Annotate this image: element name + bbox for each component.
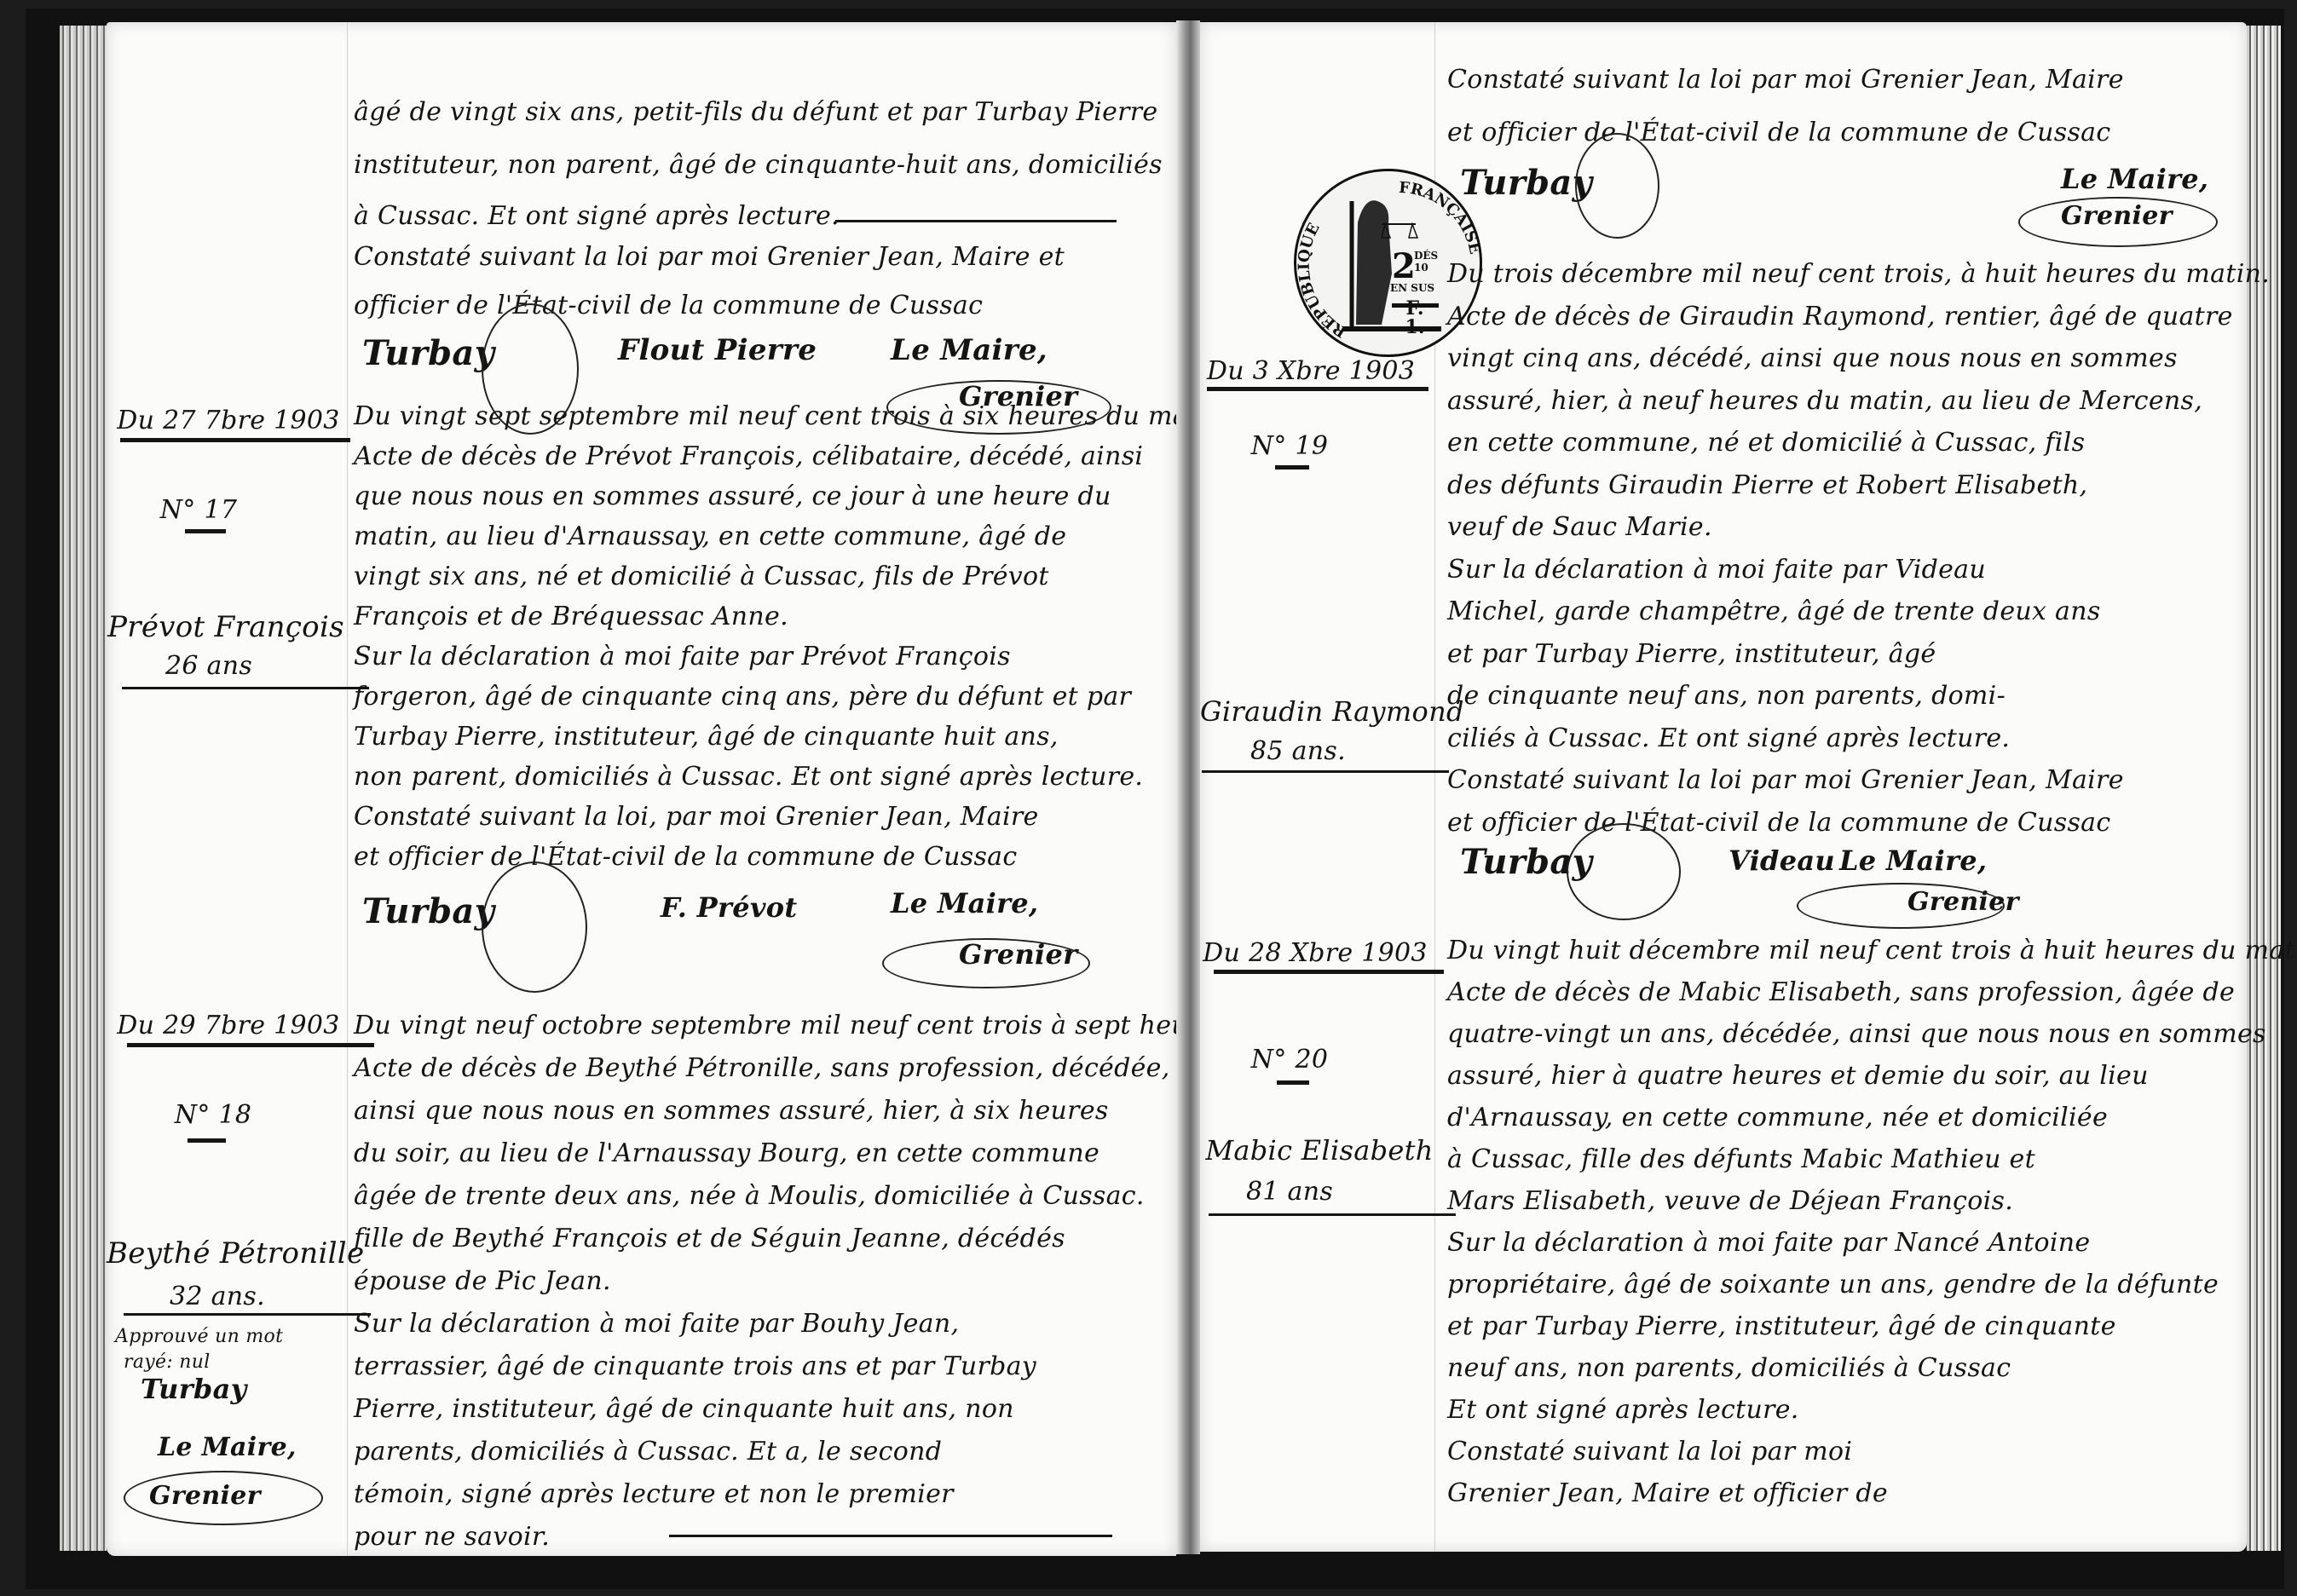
act-text-line: Acte de décès de Mabic Elisabeth, sans p… xyxy=(1447,977,2235,1007)
act-number: N° 20 xyxy=(1234,1045,1345,1075)
book-gutter xyxy=(1176,20,1200,1554)
act-text-line: d'Arnaussay, en cette commune, née et do… xyxy=(1447,1103,2108,1132)
act-text-line: non parent, domiciliés à Cussac. Et ont … xyxy=(354,762,1143,792)
deceased-age: 85 ans. xyxy=(1234,736,1362,766)
signature-turbay: Turbay xyxy=(141,1373,247,1405)
stamp-note: EN SUS xyxy=(1390,282,1434,294)
svg-text:FRANÇAISE: FRANÇAISE xyxy=(1399,179,1480,256)
act-text-line: Sur la déclaration à moi faite par Videa… xyxy=(1447,555,1986,585)
act-text-line: et officier de l'État-civil de la commun… xyxy=(354,842,1017,872)
signature-turbay: Turbay xyxy=(1460,163,1592,203)
signature-witness: Flout Pierre xyxy=(618,333,817,367)
act-text-line: Pierre, instituteur, âgé de cinquante hu… xyxy=(354,1394,1014,1424)
act-text-line: Turbay Pierre, instituteur, âgé de cinqu… xyxy=(354,722,1059,752)
continuation-line: âgé de vingt six ans, petit-fils du défu… xyxy=(354,97,1157,127)
margin-approval-note: Approuvé un mot xyxy=(115,1326,283,1347)
register-book: âgé de vingt six ans, petit-fils du défu… xyxy=(26,9,2284,1589)
act-text-line: témoin, signé après lecture et non le pr… xyxy=(354,1479,954,1509)
act-number: N° 19 xyxy=(1234,431,1345,461)
signature-declarant: F. Prévot xyxy=(661,891,797,924)
act-text-line: âgée de trente deux ans, née à Moulis, d… xyxy=(354,1181,1145,1211)
signature-maire-label: Le Maire, xyxy=(158,1432,297,1462)
act-text-line: parents, domiciliés à Cussac. Et a, le s… xyxy=(354,1437,942,1466)
act-text-line: et officier de l'État-civil de la commun… xyxy=(1447,808,2110,838)
signature-maire-label: Le Maire, xyxy=(891,333,1048,367)
act-date: Du 3 Xbre 1903 xyxy=(1200,356,1422,386)
act-text-line: et par Turbay Pierre, instituteur, âgé xyxy=(1447,639,1936,669)
constate-line: officier de l'État-civil de la commune d… xyxy=(354,291,983,320)
act-text-line: Grenier Jean, Maire et officier de xyxy=(1447,1478,1888,1508)
act-text-line: quatre-vingt un ans, décédée, ainsi que … xyxy=(1447,1019,2266,1049)
deceased-name: Prévot François xyxy=(107,610,345,644)
act-text-line: Et ont signé après lecture. xyxy=(1447,1395,1799,1425)
act-text-line: et par Turbay Pierre, instituteur, âgé d… xyxy=(1447,1311,2116,1341)
continuation-line: instituteur, non parent, âgé de cinquant… xyxy=(354,150,1163,180)
constate-line: et officier de l'État-civil de la commun… xyxy=(1447,118,2110,147)
deceased-name: Giraudin Raymond xyxy=(1200,695,1439,728)
act-text-line: assuré, hier, à neuf heures du matin, au… xyxy=(1447,386,2202,416)
act-text-line: Sur la déclaration à moi faite par Nancé… xyxy=(1447,1228,2090,1258)
act-text-line: Constaté suivant la loi par moi xyxy=(1447,1437,1852,1466)
act-text-line: vingt cinq ans, décédé, ainsi que nous n… xyxy=(1447,343,2178,373)
stamp-value: 2 xyxy=(1392,246,1416,286)
page-edges-left xyxy=(60,26,107,1551)
act-text-line: propriétaire, âgé de soixante un ans, ge… xyxy=(1447,1270,2219,1299)
act-text-line: François et de Bréquessac Anne. xyxy=(354,602,788,631)
signature-turbay: Turbay xyxy=(362,891,494,931)
signature-flourish xyxy=(1567,823,1681,920)
act-text-line: Sur la déclaration à moi faite par Bouhy… xyxy=(354,1309,959,1339)
act-text-line: Acte de décès de Prévot François, céliba… xyxy=(354,441,1143,471)
act-text-line: en cette commune, né et domicilié à Cuss… xyxy=(1447,428,2085,458)
act-text-line: du soir, au lieu de l'Arnaussay Bourg, e… xyxy=(354,1138,1099,1168)
constate-line: Constaté suivant la loi par moi Grenier … xyxy=(354,242,1065,272)
act-text-line: assuré, hier à quatre heures et demie du… xyxy=(1447,1061,2149,1091)
stamp-fraction: DÉS 10 xyxy=(1414,250,1448,274)
act-text-line: vingt six ans, né et domicilié à Cussac,… xyxy=(354,562,1049,591)
constate-line: Constaté suivant la loi par moi Grenier … xyxy=(1447,65,2124,95)
stamp-denomination: F. 1. xyxy=(1402,299,1428,337)
act-number: N° 17 xyxy=(113,495,284,525)
right-page: Constaté suivant la loi par moi Grenier … xyxy=(1200,22,2247,1552)
act-text-line: terrassier, âgé de cinquante trois ans e… xyxy=(354,1351,1036,1381)
continuation-line: à Cussac. Et ont signé après lecture. xyxy=(354,201,840,231)
act-text-line: Acte de décès de Beythé Pétronille, sans… xyxy=(354,1053,1170,1083)
act-text-line: Du trois décembre mil neuf cent trois, à… xyxy=(1447,259,2270,289)
act-text-line: Michel, garde champêtre, âgé de trente d… xyxy=(1447,596,2101,626)
deceased-name: Mabic Elisabeth xyxy=(1200,1134,1439,1167)
left-page: âgé de vingt six ans, petit-fils du défu… xyxy=(107,22,1176,1556)
act-text-line: Du vingt sept septembre mil neuf cent tr… xyxy=(354,401,1232,431)
act-text-line: épouse de Pic Jean. xyxy=(354,1266,611,1296)
signature-maire-label: Le Maire, xyxy=(2061,163,2208,195)
deceased-name: Beythé Pétronille xyxy=(107,1236,354,1270)
act-text-line: ainsi que nous nous en sommes assuré, hi… xyxy=(354,1096,1109,1126)
act-text-line: que nous nous en sommes assuré, ce jour … xyxy=(354,481,1111,511)
act-text-line: Sur la déclaration à moi faite par Prévo… xyxy=(354,642,1011,671)
margin-rule xyxy=(347,22,348,1556)
signature-flourish xyxy=(882,938,1090,988)
deceased-age: 26 ans xyxy=(124,651,294,681)
act-text-line: des défunts Giraudin Pierre et Robert El… xyxy=(1447,470,2087,500)
act-text-line: veuf de Sauc Marie. xyxy=(1447,512,1712,542)
act-text-line: pour ne savoir. xyxy=(354,1522,550,1552)
svg-text:RÉPUBLIQUE: RÉPUBLIQUE xyxy=(1296,220,1350,340)
act-text-line: fille de Beythé François et de Séguin Je… xyxy=(354,1224,1065,1253)
signature-maire-label: Le Maire, xyxy=(1839,844,1987,877)
act-number: N° 18 xyxy=(149,1100,277,1130)
signature-flourish xyxy=(1797,883,2005,929)
act-date: Du 29 7bre 1903 xyxy=(113,1011,343,1040)
act-text-line: de cinquante neuf ans, non parents, domi… xyxy=(1447,681,2006,711)
act-text-line: ciliés à Cussac. Et ont signé après lect… xyxy=(1447,723,2010,753)
signature-turbay: Turbay xyxy=(362,333,494,373)
act-text-line: forgeron, âgé de cinquante cinq ans, pèr… xyxy=(354,682,1131,712)
signature-flourish xyxy=(1575,133,1659,239)
signature-videau: Videau xyxy=(1729,844,1835,877)
act-text-line: matin, au lieu d'Arnaussay, en cette com… xyxy=(354,521,1066,551)
page-edges-right xyxy=(2247,26,2281,1551)
margin-approval-note: rayé: nul xyxy=(124,1351,211,1373)
signature-flourish xyxy=(482,861,587,993)
act-text-line: à Cussac, fille des défunts Mabic Mathie… xyxy=(1447,1144,2035,1174)
signature-flourish xyxy=(124,1471,323,1525)
deceased-age: 81 ans xyxy=(1226,1177,1353,1207)
signature-flourish xyxy=(2018,197,2218,247)
act-text-line: Constaté suivant la loi, par moi Grenier… xyxy=(354,802,1039,832)
signature-maire-label: Le Maire, xyxy=(891,887,1038,919)
act-text-line: neuf ans, non parents, domiciliés à Cuss… xyxy=(1447,1353,2011,1383)
act-text-line: Acte de décès de Giraudin Raymond, renti… xyxy=(1447,302,2233,331)
deceased-age: 32 ans. xyxy=(141,1282,294,1311)
act-text-line: Mars Elisabeth, veuve de Déjean François… xyxy=(1447,1186,2013,1216)
act-text-line: Constaté suivant la loi par moi Grenier … xyxy=(1447,765,2124,795)
act-text-line: Du vingt huit décembre mil neuf cent tro… xyxy=(1447,936,2297,965)
act-date: Du 28 Xbre 1903 xyxy=(1200,938,1430,968)
act-date: Du 27 7bre 1903 xyxy=(113,406,343,435)
